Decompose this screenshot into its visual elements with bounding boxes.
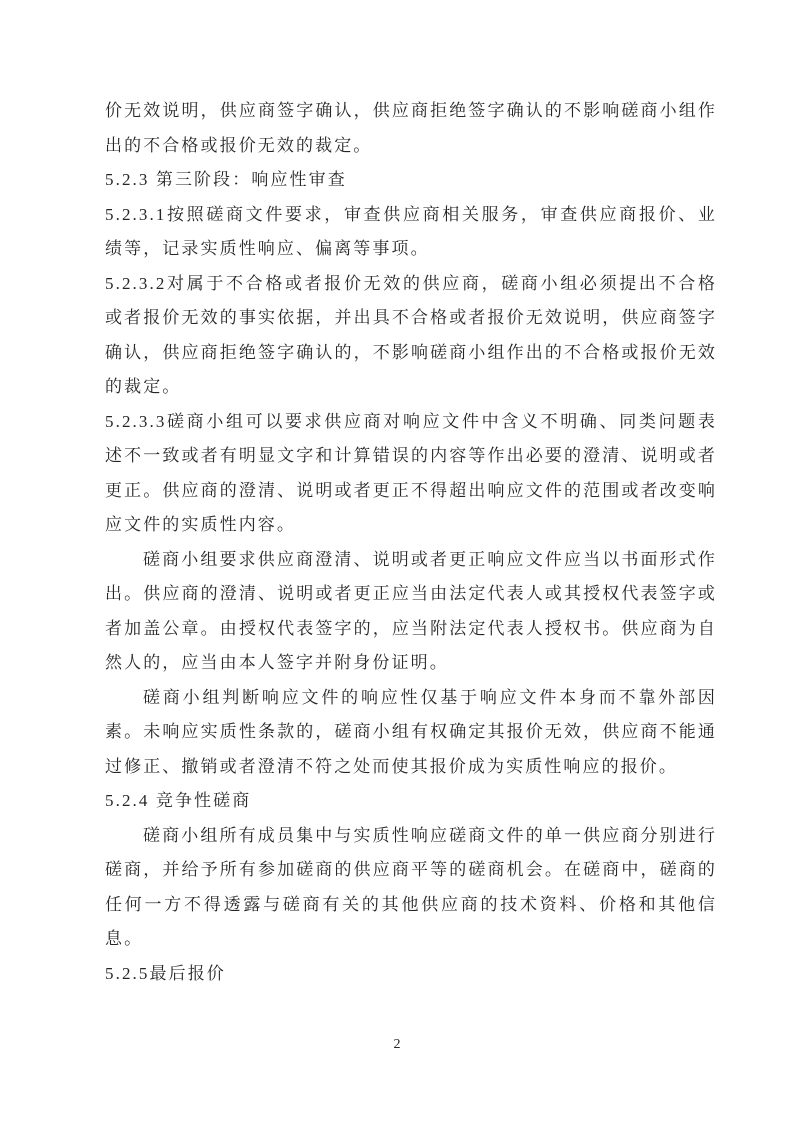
page-number: 2 <box>0 1037 794 1053</box>
document-body: 价无效说明，供应商签字确认，供应商拒绝签字确认的不影响磋商小组作出的不合格或报价… <box>105 94 717 991</box>
document-page: 价无效说明，供应商签字确认，供应商拒绝签字确认的不影响磋商小组作出的不合格或报价… <box>0 0 794 1123</box>
paragraph-negotiation-process: 磋商小组所有成员集中与实质性响应磋商文件的单一供应商分别进行磋商，并给予所有参加… <box>105 819 717 957</box>
clause-5-2-3-3: 5.2.3.3磋商小组可以要求供应商对响应文件中含义不明确、同类问题表述不一致或… <box>105 405 717 543</box>
section-heading-5-2-5: 5.2.5最后报价 <box>105 957 717 992</box>
paragraph-continuation: 价无效说明，供应商签字确认，供应商拒绝签字确认的不影响磋商小组作出的不合格或报价… <box>105 94 717 163</box>
clause-5-2-3-1: 5.2.3.1按照磋商文件要求，审查供应商相关服务，审查供应商报价、业绩等，记录… <box>105 198 717 267</box>
paragraph-clarification-written-form: 磋商小组要求供应商澄清、说明或者更正响应文件应当以书面形式作出。供应商的澄清、说… <box>105 543 717 681</box>
paragraph-responsiveness-judgement: 磋商小组判断响应文件的响应性仅基于响应文件本身而不靠外部因素。未响应实质性条款的… <box>105 681 717 785</box>
clause-5-2-3-2: 5.2.3.2对属于不合格或者报价无效的供应商，磋商小组必须提出不合格或者报价无… <box>105 267 717 405</box>
section-heading-5-2-4: 5.2.4 竞争性磋商 <box>105 784 717 819</box>
section-heading-5-2-3: 5.2.3 第三阶段：响应性审查 <box>105 163 717 198</box>
